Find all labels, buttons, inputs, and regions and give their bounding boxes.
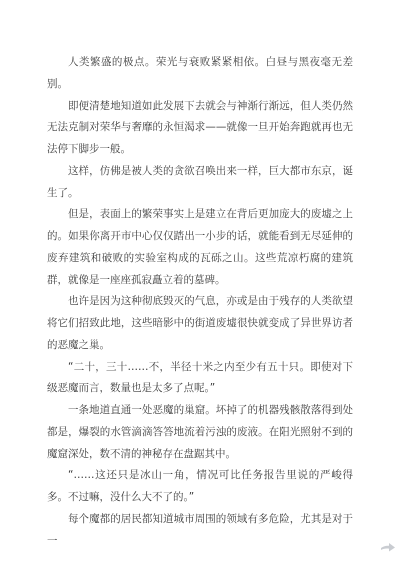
- paragraph: 即便清楚地知道如此发展下去就会与神渐行渐远，但人类仍然无法克制对荣华与奢靡的永恒…: [47, 96, 353, 161]
- page-text-block: 人类繁盛的极点。荣光与衰败紧紧相依。白昼与黑夜毫无差别。 即便清楚地知道如此发展…: [47, 52, 353, 552]
- next-page-arrow-icon[interactable]: [379, 539, 397, 553]
- paragraph: 但是，表面上的繁荣事实上是建立在背后更加庞大的废墟之上的。如果你离开市中心仅仅踏…: [47, 204, 353, 291]
- ebook-reader-page: 人类繁盛的极点。荣光与衰败紧紧相依。白昼与黑夜毫无差别。 即便清楚地知道如此发展…: [0, 0, 400, 566]
- paragraph: 人类繁盛的极点。荣光与衰败紧紧相依。白昼与黑夜毫无差别。: [47, 52, 353, 96]
- paragraph: 这样，仿佛是被人类的贪欲召唤出来一样，巨大都市东京，诞生了。: [47, 161, 353, 205]
- paragraph: “二十，三十……不，半径十米之内至少有五十只。即使对下级恶魔而言，数量也是太多了…: [47, 357, 353, 401]
- paragraph: 也许是因为这种彻底毁灭的气息，亦或是由于残存的人类欲望将它们招致此地，这些暗影中…: [47, 291, 353, 356]
- paragraph: 一条地道直通一处恶魔的巢窟。坏掉了的机器残骸散落得到处都是，爆裂的水管滴滴答答地…: [47, 400, 353, 465]
- paragraph: “……这还只是冰山一角，情况可比任务报告里说的严峻得多。不过嘛，没什么大不了的。…: [47, 465, 353, 509]
- paragraph: 每个魔都的居民都知道城市周围的领域有多危险，尤其是对于一: [47, 509, 353, 553]
